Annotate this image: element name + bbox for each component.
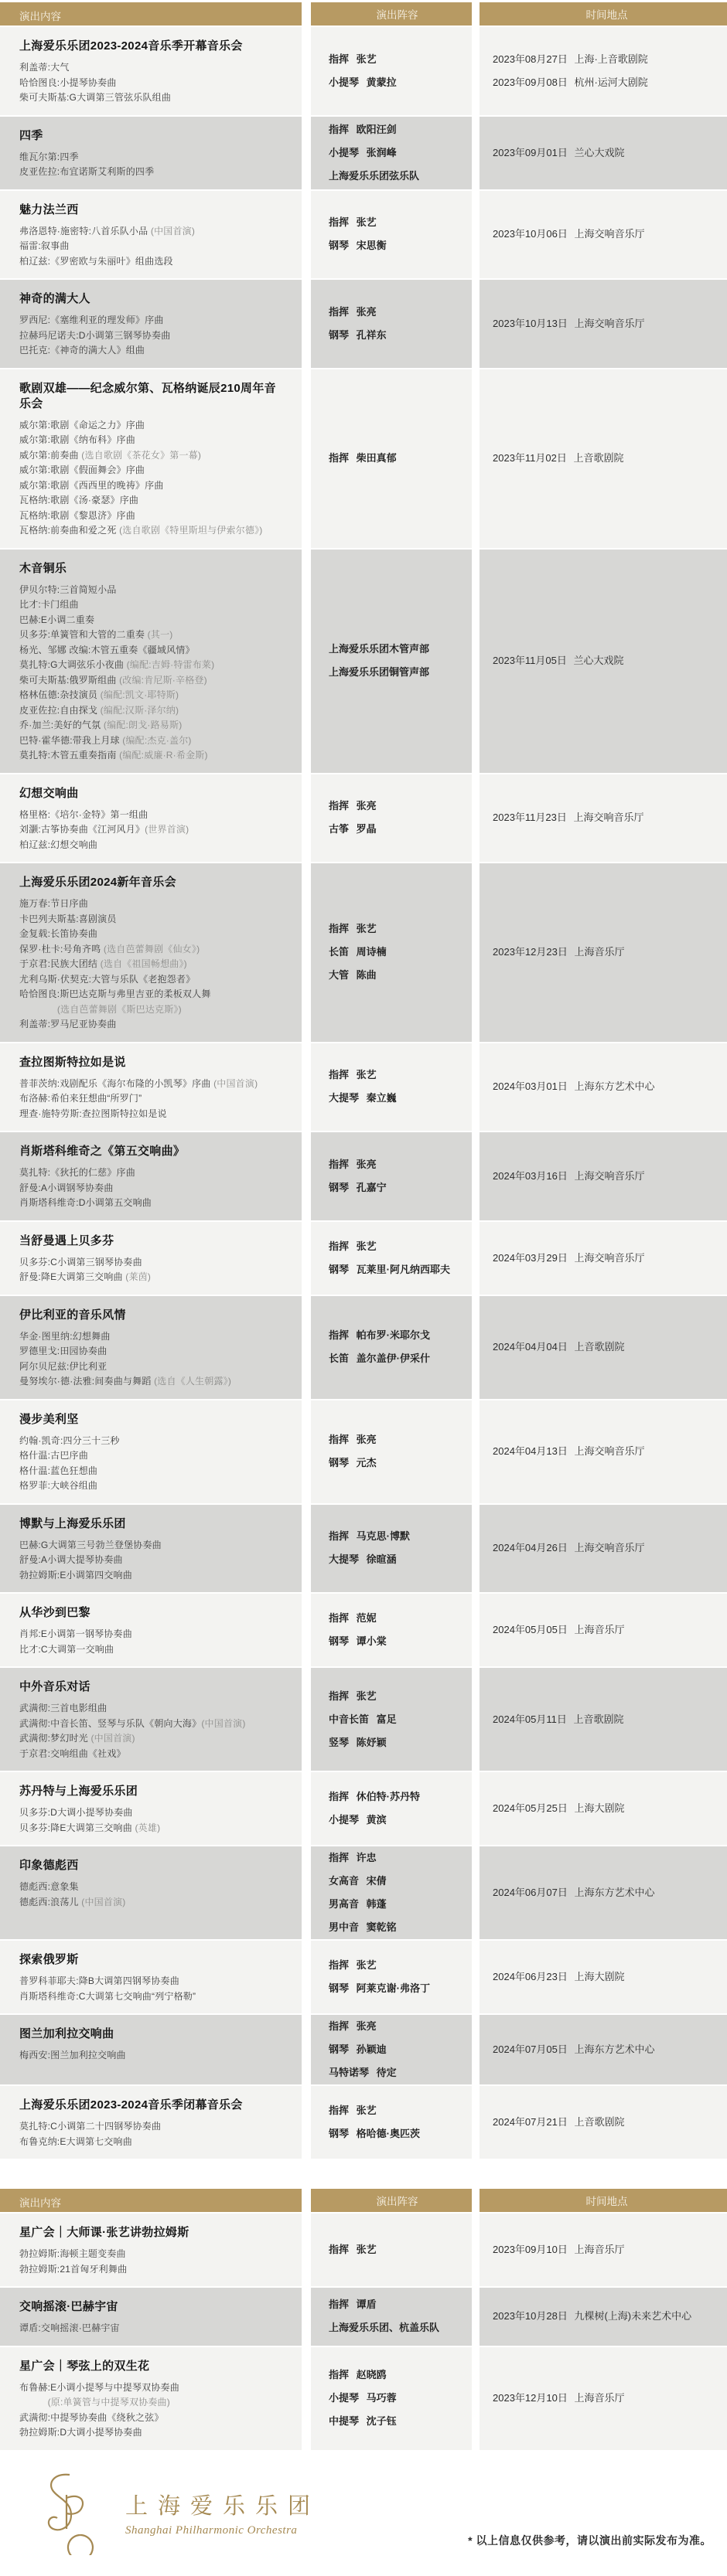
cast-line: 指挥 张亮 <box>329 795 466 818</box>
cast-cell: 指挥 张亮钢琴 元杰 <box>311 1400 472 1503</box>
program-item: 贝多芬:降E大调第三交响曲 (英雄) <box>19 1821 288 1836</box>
cast-line: 指挥 张艺 <box>329 1954 466 1977</box>
concert-row: 星广会｜大师课·张艺讲勃拉姆斯勃拉姆斯:海顿主题变奏曲勃拉姆斯:21首匈牙利舞曲… <box>0 2214 727 2286</box>
concert-title: 歌剧双雄——纪念威尔第、瓦格纳诞辰210周年音乐会 <box>19 381 288 412</box>
program-cell: 苏丹特与上海爱乐乐团贝多芬:D大调小提琴协奏曲贝多芬:降E大调第三交响曲 (英雄… <box>0 1772 302 1845</box>
cast-cell: 指挥 张艺中音长笛 富足竖琴 陈妤颖 <box>311 1668 472 1771</box>
cast-line: 指挥 张艺 <box>329 2099 466 2122</box>
column-header-content: 演出内容 <box>0 2 302 26</box>
concert-title: 博默与上海爱乐乐团 <box>19 1516 288 1532</box>
concert-title: 探索俄罗斯 <box>19 1952 288 1968</box>
cast-cell: 指挥 张艺小提琴 黄蒙拉 <box>311 27 472 115</box>
program-item: 威尔第:歌剧《纳布科》序曲 <box>19 433 288 448</box>
concert-row: 漫步美利坚约翰·凯奇:四分三十三秒格什温:古巴序曲格什温:蓝色狂想曲格罗菲:大峡… <box>0 1400 727 1503</box>
cast-line: 指挥 赵晓鸥 <box>329 2363 466 2387</box>
program-item: 巴托克:《神奇的满大人》组曲 <box>19 343 288 359</box>
program-item: 卡巴列夫斯基:喜剧演员 <box>19 912 288 927</box>
program-item-note: (编配:威廉·R·希金斯) <box>119 750 208 761</box>
concert-row: 交响摇滚·巴赫宇宙谭盾:交响摇滚·巴赫宇宙指挥 谭盾上海爱乐乐团、杭盖乐队202… <box>0 2288 727 2346</box>
concert-title: 苏丹特与上海爱乐乐团 <box>19 1784 288 1799</box>
program-cell: 中外音乐对话武满彻:三首电影组曲武满彻:中音长笛、竖琴与乐队《朝向大海》(中国首… <box>0 1668 302 1771</box>
cast-line: 长笛 盖尔盖伊·伊采什 <box>329 1347 466 1370</box>
program-item: 利盖蒂:罗马尼亚协奏曲 <box>19 1017 288 1033</box>
program-item-note: (编配:汉斯·泽尔纳) <box>101 705 179 716</box>
concert-title: 幻想交响曲 <box>19 786 288 801</box>
concert-schedule: 演出内容演出阵容时间地点上海爱乐乐团2023-2024音乐季开幕音乐会利盖蒂:大… <box>0 2 727 2450</box>
program-item: 布鲁克纳:E大调第七交响曲 <box>19 2135 288 2150</box>
program-item-note: (编配:凯文·耶特斯) <box>101 689 179 700</box>
time-line: 2024年05月25日 上海大剧院 <box>493 1797 721 1820</box>
concert-title: 神奇的满大人 <box>19 291 288 307</box>
column-header-time: 时间地点 <box>480 2 727 26</box>
orchestra-name: 上海爱乐乐团 Shanghai Philharmonic Orchestra <box>125 2493 320 2537</box>
column-header-cast: 演出阵容 <box>311 2 472 26</box>
program-item: 刘灏:古筝协奏曲《江河风月》(世界首演) <box>19 822 288 838</box>
program-item: 肖斯塔科维奇:C大调第七交响曲“列宁格勒” <box>19 1989 288 2005</box>
cast-line: 中提琴 沈子钰 <box>329 2410 466 2433</box>
program-item-note: (选自《人生朝露》) <box>154 1376 231 1387</box>
cast-line: 上海爱乐乐团弦乐队 <box>329 165 466 188</box>
program-item: 巴赫:E小调二重奏 <box>19 613 288 628</box>
program-item: 莫扎特:木管五重奏指南 (编配:威廉·R·希金斯) <box>19 748 288 764</box>
concert-table: 演出内容演出阵容时间地点星广会｜大师课·张艺讲勃拉姆斯勃拉姆斯:海顿主题变奏曲勃… <box>0 2189 727 2450</box>
program-item: 瓦格纳:前奏曲和爱之死 (选自歌剧《特里斯坦与伊索尔德》) <box>19 523 288 539</box>
concert-row: 上海爱乐乐团2023-2024音乐季开幕音乐会利盖蒂:大气哈恰图良:小提琴协奏曲… <box>0 27 727 115</box>
time-cell: 2023年11月05日 兰心大戏院 <box>480 550 727 773</box>
cast-line: 小提琴 张润峰 <box>329 141 466 165</box>
cast-line: 指挥 许忠 <box>329 1846 466 1870</box>
program-item: 普菲茨纳:戏剧配乐《海尔布隆的小凯琴》序曲 (中国首演) <box>19 1077 288 1092</box>
time-cell: 2024年07月05日 上海东方艺术中心 <box>480 2015 727 2084</box>
cast-cell: 指挥 张艺钢琴 格哈德·奥匹茨 <box>311 2086 472 2159</box>
program-item-note: (中国首演) <box>201 1718 245 1729</box>
cast-line: 钢琴 瓦莱里·阿凡纳西耶夫 <box>329 1258 466 1281</box>
time-line: 2023年11月05日 兰心大戏院 <box>493 649 721 672</box>
program-cell: 星广会｜琴弦上的双生花布鲁赫:E小调小提琴与中提琴双协奏曲 (原:单簧管与中提琴… <box>0 2347 302 2450</box>
time-line: 2024年04月13日 上海交响音乐厅 <box>493 1440 721 1463</box>
cast-cell: 指挥 范妮钢琴 谭小棠 <box>311 1594 472 1666</box>
cast-line: 男高音 韩蓬 <box>329 1893 466 1916</box>
program-item-note: (中国首演) <box>213 1078 258 1089</box>
program-item-note: (选自《祖国畅想曲》) <box>101 958 187 969</box>
time-line: 2023年12月23日 上海音乐厅 <box>493 941 721 964</box>
time-cell: 2023年10月06日 上海交响音乐厅 <box>480 191 727 279</box>
program-cell: 木音铜乐伊贝尔特:三首简短小品比才:卡门组曲巴赫:E小调二重奏贝多芬:单簧管和大… <box>0 550 302 773</box>
program-item-note: (世界首演) <box>145 824 189 835</box>
time-cell: 2024年03月16日 上海交响音乐厅 <box>480 1132 727 1220</box>
concert-row: 上海爱乐乐团2024新年音乐会施万春:节日序曲卡巴列夫斯基:喜剧演员金复载:长笛… <box>0 863 727 1042</box>
time-cell: 2024年03月29日 上海交响音乐厅 <box>480 1222 727 1295</box>
program-item: 勃拉姆斯:海顿主题变奏曲 <box>19 2247 288 2262</box>
program-item: 比才:卡门组曲 <box>19 597 288 613</box>
program-item: 理查·施特劳斯:查拉图斯特拉如是说 <box>19 1107 288 1122</box>
program-item-note: (改编:肯尼斯·辛格登) <box>119 675 207 686</box>
concert-row: 魅力法兰西弗洛恩特·施密特:八首乐队小品 (中国首演)福雷:叙事曲柏辽兹:《罗密… <box>0 191 727 279</box>
time-line: 2024年06月23日 上海大剧院 <box>493 1965 721 1989</box>
program-item: 舒曼:A小调钢琴协奏曲 <box>19 1181 288 1196</box>
cast-cell: 指挥 张亮钢琴 孔祥东 <box>311 280 472 368</box>
time-cell: 2023年11月23日 上海交响音乐厅 <box>480 774 727 863</box>
program-item: 于京君:民族大团结 (选自《祖国畅想曲》) <box>19 957 288 972</box>
concert-row: 中外音乐对话武满彻:三首电影组曲武满彻:中音长笛、竖琴与乐队《朝向大海》(中国首… <box>0 1668 727 1771</box>
program-item: 柴可夫斯基:俄罗斯组曲 (改编:肯尼斯·辛格登) <box>19 673 288 689</box>
cast-line: 指挥 张艺 <box>329 48 466 71</box>
program-item: 勃拉姆斯:E小调第四交响曲 <box>19 1568 288 1584</box>
program-cell: 四季维瓦尔第:四季皮亚佐拉:布宜诺斯艾利斯的四季 <box>0 117 302 189</box>
program-item: 哈恰图良:小提琴协奏曲 <box>19 76 288 91</box>
cast-line: 古筝 罗晶 <box>329 818 466 841</box>
time-line: 2024年03月16日 上海交响音乐厅 <box>493 1165 721 1188</box>
concert-title: 上海爱乐乐团2024新年音乐会 <box>19 875 288 890</box>
program-item-note: (中国首演) <box>81 1897 125 1907</box>
program-item: 瓦格纳:歌剧《黎恩济》序曲 <box>19 509 288 524</box>
cast-line: 指挥 张艺 <box>329 1063 466 1087</box>
time-line: 2024年05月05日 上海音乐厅 <box>493 1618 721 1642</box>
program-item: 布鲁赫:E小调小提琴与中提琴双协奏曲 <box>19 2380 288 2396</box>
program-item-note: (编配:杰克·盖尔) <box>122 735 191 746</box>
concert-row: 图兰加利拉交响曲梅西安:图兰加利拉交响曲指挥 张亮钢琴 孙颖迪马特诺琴 待定20… <box>0 2015 727 2084</box>
program-item: (选自芭蕾舞剧《斯巴达克斯》) <box>19 1002 288 1018</box>
program-item: 维瓦尔第:四季 <box>19 150 288 165</box>
cast-cell: 指挥 张艺长笛 周诗楠大管 陈曲 <box>311 863 472 1042</box>
program-item: 杨光、邹娜 改编:木管五重奏《疆域风情》 <box>19 643 288 658</box>
program-cell: 星广会｜大师课·张艺讲勃拉姆斯勃拉姆斯:海顿主题变奏曲勃拉姆斯:21首匈牙利舞曲 <box>0 2214 302 2286</box>
time-line: 2024年04月04日 上音歌剧院 <box>493 1336 721 1359</box>
concert-row: 印象德彪西德彪西:意象集德彪西:浪荡儿 (中国首演)指挥 许忠女高音 宋倩男高音… <box>0 1846 727 1939</box>
cast-line: 指挥 张艺 <box>329 1685 466 1708</box>
time-line: 2023年09月10日 上海音乐厅 <box>493 2238 721 2261</box>
cast-cell: 指挥 张艺 <box>311 2214 472 2286</box>
concert-title: 查拉图斯特拉如是说 <box>19 1055 288 1070</box>
time-line: 2024年06月07日 上海东方艺术中心 <box>493 1881 721 1904</box>
program-item: 武满彻:梦幻时光 (中国首演) <box>19 1731 288 1747</box>
cast-cell: 指挥 休伯特·苏丹特小提琴 黄滨 <box>311 1772 472 1845</box>
program-cell: 上海爱乐乐团2024新年音乐会施万春:节日序曲卡巴列夫斯基:喜剧演员金复载:长笛… <box>0 863 302 1042</box>
cast-line: 指挥 帕布罗·米耶尔戈 <box>329 1324 466 1347</box>
program-item: 梅西安:图兰加利拉交响曲 <box>19 2048 288 2064</box>
program-cell: 神奇的满大人罗西尼:《塞维利亚的理发师》序曲拉赫玛尼诺夫:D小调第三钢琴协奏曲巴… <box>0 280 302 368</box>
concert-title: 四季 <box>19 128 288 144</box>
program-item: 舒曼:A小调大提琴协奏曲 <box>19 1553 288 1568</box>
cast-line: 指挥 张亮 <box>329 1428 466 1451</box>
time-cell: 2023年11月02日 上音歌剧院 <box>480 369 727 548</box>
time-line: 2023年09月01日 兰心大戏院 <box>493 141 721 165</box>
time-cell: 2024年04月13日 上海交响音乐厅 <box>480 1400 727 1503</box>
program-item: 皮亚佐拉:布宜诺斯艾利斯的四季 <box>19 165 288 180</box>
cast-line: 指挥 休伯特·苏丹特 <box>329 1785 466 1809</box>
program-item-note: (英雄) <box>135 1822 160 1833</box>
time-line: 2023年10月28日 九棵树(上海)未来艺术中心 <box>493 2305 721 2328</box>
program-item: 乔·加兰:美好的气氛 (编配:朗戈·路易斯) <box>19 718 288 733</box>
time-line: 2023年09月08日 杭州·运河大剧院 <box>493 71 721 94</box>
column-header-content: 演出内容 <box>0 2189 302 2212</box>
program-item: 格什温:蓝色狂想曲 <box>19 1464 288 1479</box>
cast-line: 钢琴 孔祥东 <box>329 324 466 347</box>
concert-row: 木音铜乐伊贝尔特:三首简短小品比才:卡门组曲巴赫:E小调二重奏贝多芬:单簧管和大… <box>0 550 727 773</box>
concert-row: 苏丹特与上海爱乐乐团贝多芬:D大调小提琴协奏曲贝多芬:降E大调第三交响曲 (英雄… <box>0 1772 727 1845</box>
time-cell: 2024年05月25日 上海大剧院 <box>480 1772 727 1845</box>
cast-line: 钢琴 孙颖迪 <box>329 2038 466 2061</box>
program-cell: 博默与上海爱乐乐团巴赫:G大调第三号勃兰登堡协奏曲舒曼:A小调大提琴协奏曲勃拉姆… <box>0 1505 302 1593</box>
spo-monogram-icon <box>40 2472 111 2559</box>
time-cell: 2024年05月05日 上海音乐厅 <box>480 1594 727 1666</box>
cast-line: 钢琴 孔嘉宁 <box>329 1176 466 1200</box>
concert-title: 中外音乐对话 <box>19 1679 288 1695</box>
concert-row: 四季维瓦尔第:四季皮亚佐拉:布宜诺斯艾利斯的四季指挥 欧阳汪剑小提琴 张润峰上海… <box>0 117 727 189</box>
program-item: 武满彻:中音长笛、竖琴与乐队《朝向大海》(中国首演) <box>19 1717 288 1732</box>
program-item: 格罗菲:大峡谷组曲 <box>19 1479 288 1494</box>
program-item-note: (中国首演) <box>90 1733 135 1744</box>
program-item: 伊贝尔特:三首简短小品 <box>19 583 288 598</box>
concert-title: 上海爱乐乐团2023-2024音乐季开幕音乐会 <box>19 39 288 54</box>
program-item: 利盖蒂:大气 <box>19 60 288 76</box>
cast-line: 指挥 张艺 <box>329 917 466 941</box>
program-cell: 歌剧双雄——纪念威尔第、瓦格纳诞辰210周年音乐会威尔第:歌剧《命运之力》序曲威… <box>0 369 302 548</box>
cast-line: 钢琴 元杰 <box>329 1451 466 1475</box>
program-item: 武满彻:中提琴协奏曲《绕秋之弦》 <box>19 2411 288 2426</box>
time-line: 2023年10月06日 上海交响音乐厅 <box>493 223 721 246</box>
table-header-row: 演出内容演出阵容时间地点 <box>0 2 727 26</box>
program-cell: 漫步美利坚约翰·凯奇:四分三十三秒格什温:古巴序曲格什温:蓝色狂想曲格罗菲:大峡… <box>0 1400 302 1503</box>
program-item: 贝多芬:D大调小提琴协奏曲 <box>19 1805 288 1821</box>
program-item-note: (其一) <box>148 629 173 640</box>
program-item: 格什温:古巴序曲 <box>19 1448 288 1464</box>
concert-row: 从华沙到巴黎肖邦:E小调第一钢琴协奏曲比才:C大调第一交响曲指挥 范妮钢琴 谭小… <box>0 1594 727 1666</box>
cast-cell: 指挥 谭盾上海爱乐乐团、杭盖乐队 <box>311 2288 472 2346</box>
time-line: 2023年10月13日 上海交响音乐厅 <box>493 312 721 335</box>
cast-cell: 指挥 张亮钢琴 孔嘉宁 <box>311 1132 472 1220</box>
program-item: 金复载:长笛协奏曲 <box>19 927 288 942</box>
program-cell: 探索俄罗斯普罗科菲耶夫:降B大调第四钢琴协奏曲肖斯塔科维奇:C大调第七交响曲“列… <box>0 1941 302 2013</box>
program-item: 阿尔贝尼兹:伊比利亚 <box>19 1359 288 1375</box>
concert-title: 肖斯塔科维奇之《第五交响曲》 <box>19 1144 288 1159</box>
concert-title: 图兰加利拉交响曲 <box>19 2026 288 2042</box>
cast-cell: 指挥 帕布罗·米耶尔戈长笛 盖尔盖伊·伊采什 <box>311 1296 472 1399</box>
column-header-cast: 演出阵容 <box>311 2189 472 2212</box>
concert-title: 漫步美利坚 <box>19 1412 288 1428</box>
program-item: 普罗科菲耶夫:降B大调第四钢琴协奏曲 <box>19 1974 288 1989</box>
cast-line: 小提琴 黄滨 <box>329 1809 466 1832</box>
cast-line: 上海爱乐乐团木管声部 <box>329 638 466 661</box>
program-item: 格里格:《培尔·金特》第一组曲 <box>19 808 288 823</box>
cast-line: 大提琴 徐暄涵 <box>329 1548 466 1571</box>
program-item: 肖斯塔科维奇:D小调第五交响曲 <box>19 1196 288 1211</box>
program-item: 德彪西:意象集 <box>19 1880 288 1895</box>
cast-cell: 指挥 许忠女高音 宋倩男高音 韩蓬男中音 窦乾铭 <box>311 1846 472 1939</box>
program-cell: 印象德彪西德彪西:意象集德彪西:浪荡儿 (中国首演) <box>0 1846 302 1939</box>
program-cell: 上海爱乐乐团2023-2024音乐季闭幕音乐会莫扎特:C小调第二十四钢琴协奏曲布… <box>0 2086 302 2159</box>
program-cell: 肖斯塔科维奇之《第五交响曲》莫扎特:《狄托的仁慈》序曲舒曼:A小调钢琴协奏曲肖斯… <box>0 1132 302 1220</box>
program-item: 曼努埃尔·德·法雅:间奏曲与舞蹈 (选自《人生朝露》) <box>19 1374 288 1390</box>
time-line: 2024年03月01日 上海东方艺术中心 <box>493 1075 721 1098</box>
time-cell: 2023年10月13日 上海交响音乐厅 <box>480 280 727 368</box>
cast-line: 马特诺琴 待定 <box>329 2061 466 2084</box>
concert-row: 歌剧双雄——纪念威尔第、瓦格纳诞辰210周年音乐会威尔第:歌剧《命运之力》序曲威… <box>0 369 727 548</box>
program-cell: 图兰加利拉交响曲梅西安:图兰加利拉交响曲 <box>0 2015 302 2084</box>
program-cell: 当舒曼遇上贝多芬贝多芬:C小调第三钢琴协奏曲舒曼:降E大调第三交响曲 (莱茵) <box>0 1222 302 1295</box>
program-item: 勃拉姆斯:D大调小提琴协奏曲 <box>19 2425 288 2441</box>
time-cell: 2023年12月23日 上海音乐厅 <box>480 863 727 1042</box>
program-item: 保罗·杜卡:号角齐鸣 (选自芭蕾舞剧《仙女》) <box>19 942 288 958</box>
time-line: 2024年05月11日 上音歌剧院 <box>493 1708 721 1731</box>
program-cell: 伊比利亚的音乐风情华金·图里纳:幻想舞曲罗德里戈:田园协奏曲阿尔贝尼兹:伊比利亚… <box>0 1296 302 1399</box>
cast-cell: 指挥 赵晓鸥小提琴 马巧蓉中提琴 沈子钰 <box>311 2347 472 2450</box>
program-item: 贝多芬:单簧管和大管的二重奏 (其一) <box>19 628 288 643</box>
program-item: 于京君:交响组曲《社戏》 <box>19 1747 288 1762</box>
program-item: 威尔第:歌剧《假面舞会》序曲 <box>19 463 288 478</box>
cast-line: 长笛 周诗楠 <box>329 941 466 964</box>
cast-line: 钢琴 宋思衡 <box>329 234 466 257</box>
concert-row: 神奇的满大人罗西尼:《塞维利亚的理发师》序曲拉赫玛尼诺夫:D小调第三钢琴协奏曲巴… <box>0 280 727 368</box>
time-cell: 2023年10月28日 九棵树(上海)未来艺术中心 <box>480 2288 727 2346</box>
concert-title: 伊比利亚的音乐风情 <box>19 1308 288 1323</box>
cast-line: 上海爱乐乐团、杭盖乐队 <box>329 2316 466 2339</box>
program-item: 柴可夫斯基:G大调第三管弦乐队组曲 <box>19 90 288 106</box>
program-item: 弗洛恩特·施密特:八首乐队小品 (中国首演) <box>19 224 288 240</box>
program-item: 巴特·霍华德:带我上月球 (编配:杰克·盖尔) <box>19 733 288 749</box>
cast-line: 指挥 欧阳汪剑 <box>329 118 466 141</box>
cast-line: 指挥 张亮 <box>329 2015 466 2038</box>
program-item: 威尔第:歌剧《西西里的晚祷》序曲 <box>19 478 288 494</box>
cast-line: 指挥 张亮 <box>329 301 466 324</box>
program-item: 莫扎特:G大调弦乐小夜曲 (编配:吉姆·特雷布莱) <box>19 658 288 673</box>
concert-title: 魅力法兰西 <box>19 202 288 218</box>
cast-line: 指挥 张艺 <box>329 211 466 234</box>
time-cell: 2023年09月10日 上海音乐厅 <box>480 2214 727 2286</box>
program-item: 布洛赫:希伯来狂想曲“所罗门” <box>19 1091 288 1107</box>
cast-cell: 上海爱乐乐团木管声部上海爱乐乐团铜管声部 <box>311 550 472 773</box>
program-item: 比才:C大调第一交响曲 <box>19 1642 288 1658</box>
program-item: 哈恰图良:斯巴达克斯与弗里吉亚的柔板双人舞 <box>19 987 288 1002</box>
program-item: 华金·图里纳:幻想舞曲 <box>19 1329 288 1345</box>
time-line: 2023年08月27日 上海·上音歌剧院 <box>493 48 721 71</box>
program-item-note: (选自歌剧《茶花女》第一幕) <box>81 450 201 461</box>
program-item: 柏辽兹:《罗密欧与朱丽叶》组曲选段 <box>19 254 288 270</box>
time-cell: 2024年06月23日 上海大剧院 <box>480 1941 727 2013</box>
program-item-note: (选自芭蕾舞剧《斯巴达克斯》) <box>57 1004 182 1015</box>
program-item: (原:单簧管与中提琴双协奏曲) <box>19 2395 288 2411</box>
cast-cell: 指挥 欧阳汪剑小提琴 张润峰上海爱乐乐团弦乐队 <box>311 117 472 189</box>
concert-title: 木音铜乐 <box>19 561 288 577</box>
time-line: 2024年07月21日 上音歌剧院 <box>493 2111 721 2134</box>
cast-cell: 指挥 张艺钢琴 瓦莱里·阿凡纳西耶夫 <box>311 1222 472 1295</box>
cast-line: 钢琴 格哈德·奥匹茨 <box>329 2122 466 2146</box>
program-item: 福雷:叙事曲 <box>19 239 288 254</box>
cast-cell: 指挥 张亮钢琴 孙颖迪马特诺琴 待定 <box>311 2015 472 2084</box>
program-item: 武满彻:三首电影组曲 <box>19 1701 288 1717</box>
time-cell: 2024年07月21日 上音歌剧院 <box>480 2086 727 2159</box>
concert-row: 博默与上海爱乐乐团巴赫:G大调第三号勃兰登堡协奏曲舒曼:A小调大提琴协奏曲勃拉姆… <box>0 1505 727 1593</box>
footer: 上海爱乐乐团 Shanghai Philharmonic Orchestra *… <box>0 2452 727 2576</box>
concert-row: 肖斯塔科维奇之《第五交响曲》莫扎特:《狄托的仁慈》序曲舒曼:A小调钢琴协奏曲肖斯… <box>0 1132 727 1220</box>
program-item: 勃拉姆斯:21首匈牙利舞曲 <box>19 2262 288 2278</box>
cast-line: 指挥 张亮 <box>329 1153 466 1176</box>
program-cell: 魅力法兰西弗洛恩特·施密特:八首乐队小品 (中国首演)福雷:叙事曲柏辽兹:《罗密… <box>0 191 302 279</box>
time-cell: 2024年04月04日 上音歌剧院 <box>480 1296 727 1399</box>
program-item: 柏辽兹:幻想交响曲 <box>19 838 288 853</box>
program-item-note: (莱茵) <box>125 1271 151 1282</box>
cast-line: 指挥 范妮 <box>329 1607 466 1630</box>
cast-cell: 指挥 张亮古筝 罗晶 <box>311 774 472 863</box>
concert-row: 伊比利亚的音乐风情华金·图里纳:幻想舞曲罗德里戈:田园协奏曲阿尔贝尼兹:伊比利亚… <box>0 1296 727 1399</box>
cast-line: 女高音 宋倩 <box>329 1870 466 1893</box>
program-item-note: (编配:吉姆·特雷布莱) <box>127 659 215 670</box>
orchestra-name-cn: 上海爱乐乐团 <box>125 2493 320 2520</box>
time-cell: 2023年09月01日 兰心大戏院 <box>480 117 727 189</box>
program-item: 罗西尼:《塞维利亚的理发师》序曲 <box>19 313 288 328</box>
program-cell: 幻想交响曲格里格:《培尔·金特》第一组曲刘灏:古筝协奏曲《江河风月》(世界首演)… <box>0 774 302 863</box>
program-item: 瓦格纳:歌剧《汤·豪瑟》序曲 <box>19 493 288 509</box>
program-cell: 上海爱乐乐团2023-2024音乐季开幕音乐会利盖蒂:大气哈恰图良:小提琴协奏曲… <box>0 27 302 115</box>
program-item: 威尔第:歌剧《命运之力》序曲 <box>19 418 288 434</box>
time-line: 2023年11月23日 上海交响音乐厅 <box>493 806 721 829</box>
concert-row: 当舒曼遇上贝多芬贝多芬:C小调第三钢琴协奏曲舒曼:降E大调第三交响曲 (莱茵)指… <box>0 1222 727 1295</box>
spo-logo: 上海爱乐乐团 Shanghai Philharmonic Orchestra <box>40 2472 320 2559</box>
program-item-note: (选自芭蕾舞剧《仙女》) <box>104 944 200 955</box>
program-item-note: (编配:朗戈·路易斯) <box>104 720 183 730</box>
cast-line: 大管 陈曲 <box>329 964 466 987</box>
cast-line: 钢琴 阿莱克谢·弗洛丁 <box>329 1977 466 2000</box>
cast-cell: 指挥 马克思·博默大提琴 徐暄涵 <box>311 1505 472 1593</box>
time-cell: 2024年06月07日 上海东方艺术中心 <box>480 1846 727 1939</box>
program-item: 尤利乌斯·伏契克:大管与乐队《老抱怨者》 <box>19 972 288 988</box>
table-header-row: 演出内容演出阵容时间地点 <box>0 2189 727 2212</box>
concert-title: 交响摇滚·巴赫宇宙 <box>19 2299 288 2315</box>
program-item: 罗德里戈:田园协奏曲 <box>19 1344 288 1359</box>
concert-row: 查拉图斯特拉如是说普菲茨纳:戏剧配乐《海尔布隆的小凯琴》序曲 (中国首演)布洛赫… <box>0 1043 727 1131</box>
time-cell: 2024年05月11日 上音歌剧院 <box>480 1668 727 1771</box>
cast-cell: 指挥 张艺大提琴 秦立巍 <box>311 1043 472 1131</box>
cast-line: 指挥 马克思·博默 <box>329 1525 466 1548</box>
disclaimer-note: * 以上信息仅供参考，请以演出前实际发布为准。 <box>468 2533 712 2548</box>
program-item: 皮亚佐拉:自由探戈 (编配:汉斯·泽尔纳) <box>19 703 288 719</box>
concert-title: 星广会｜大师课·张艺讲勃拉姆斯 <box>19 2225 288 2241</box>
time-line: 2023年11月02日 上音歌剧院 <box>493 447 721 470</box>
column-header-time: 时间地点 <box>480 2189 727 2212</box>
concert-title: 印象德彪西 <box>19 1858 288 1873</box>
program-item: 莫扎特:C小调第二十四钢琴协奏曲 <box>19 2119 288 2135</box>
cast-line: 竖琴 陈妤颖 <box>329 1731 466 1754</box>
time-line: 2024年07月05日 上海东方艺术中心 <box>493 2038 721 2061</box>
program-item: 德彪西:浪荡儿 (中国首演) <box>19 1895 288 1911</box>
program-cell: 从华沙到巴黎肖邦:E小调第一钢琴协奏曲比才:C大调第一交响曲 <box>0 1594 302 1666</box>
cast-line: 小提琴 黄蒙拉 <box>329 71 466 94</box>
concert-row: 上海爱乐乐团2023-2024音乐季闭幕音乐会莫扎特:C小调第二十四钢琴协奏曲布… <box>0 2086 727 2159</box>
concert-row: 星广会｜琴弦上的双生花布鲁赫:E小调小提琴与中提琴双协奏曲 (原:单簧管与中提琴… <box>0 2347 727 2450</box>
program-item: 肖邦:E小调第一钢琴协奏曲 <box>19 1627 288 1642</box>
program-cell: 交响摇滚·巴赫宇宙谭盾:交响摇滚·巴赫宇宙 <box>0 2288 302 2346</box>
concert-title: 星广会｜琴弦上的双生花 <box>19 2359 288 2374</box>
program-item: 谭盾:交响摇滚·巴赫宇宙 <box>19 2321 288 2336</box>
program-cell: 查拉图斯特拉如是说普菲茨纳:戏剧配乐《海尔布隆的小凯琴》序曲 (中国首演)布洛赫… <box>0 1043 302 1131</box>
program-item: 舒曼:降E大调第三交响曲 (莱茵) <box>19 1270 288 1285</box>
time-cell: 2023年12月10日 上海音乐厅 <box>480 2347 727 2450</box>
cast-line: 大提琴 秦立巍 <box>329 1087 466 1110</box>
program-item: 贝多芬:C小调第三钢琴协奏曲 <box>19 1255 288 1271</box>
cast-line: 钢琴 谭小棠 <box>329 1630 466 1653</box>
concert-table: 演出内容演出阵容时间地点上海爱乐乐团2023-2024音乐季开幕音乐会利盖蒂:大… <box>0 2 727 2159</box>
concert-title: 从华沙到巴黎 <box>19 1605 288 1621</box>
program-item: 约翰·凯奇:四分三十三秒 <box>19 1434 288 1449</box>
concert-title: 当舒曼遇上贝多芬 <box>19 1234 288 1249</box>
cast-cell: 指挥 柴田真郁 <box>311 369 472 548</box>
concert-row: 幻想交响曲格里格:《培尔·金特》第一组曲刘灏:古筝协奏曲《江河风月》(世界首演)… <box>0 774 727 863</box>
program-item: 威尔第:前奏曲 (选自歌剧《茶花女》第一幕) <box>19 448 288 464</box>
cast-line: 指挥 张艺 <box>329 1235 466 1258</box>
time-line: 2023年12月10日 上海音乐厅 <box>493 2387 721 2410</box>
program-item-note: (中国首演) <box>151 226 195 237</box>
concert-title: 上海爱乐乐团2023-2024音乐季闭幕音乐会 <box>19 2098 288 2113</box>
